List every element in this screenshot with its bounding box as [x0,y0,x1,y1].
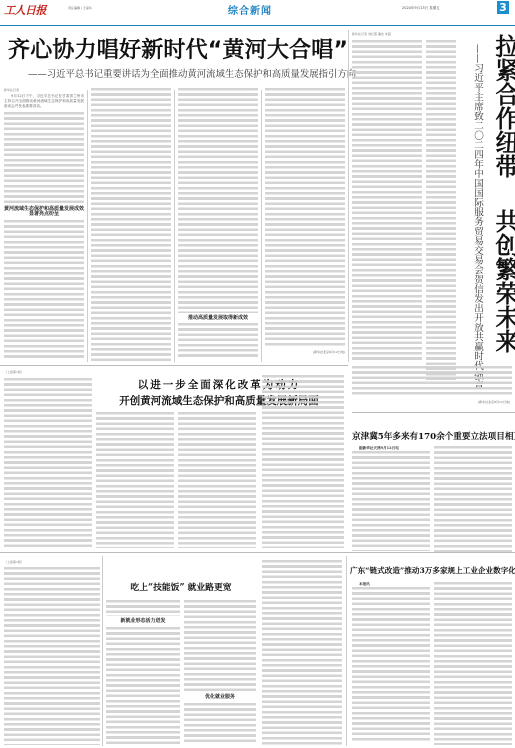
lead-column-1: 9月12日下午，习近平总书记在甘肃省兰州市主持召开全面推动黄河流域生态保护和高质… [4,94,84,362]
right-column-bottom [352,366,512,396]
jjj-column-2 [434,446,512,552]
section-title: 综合新闻 [228,2,272,17]
text-block [106,627,180,745]
text-block [4,112,84,204]
lead-headline[interactable]: 齐心协力唱好新时代“黄河大合唱” [8,33,348,64]
masthead-rule [0,25,515,26]
lead-credit: (新华社北京9月12日电) [265,350,345,355]
skills-subhead-2: 优化就业服务 [184,695,256,700]
page-number-badge: 3 [497,1,509,14]
text-block [4,220,84,360]
jjj-headline[interactable]: 京津冀5年多来有170余个重要立法项目相互征求意见 [352,430,512,442]
text-block [352,587,430,743]
text-block [4,567,100,745]
lead-subhead-1: 黄河流域生态保护和高质量发展成效显著亮点纷呈 [4,207,84,217]
column-divider [261,90,262,362]
bottom-left-tag: （上接第1版） [4,560,100,565]
column-divider [102,556,103,746]
lead-column-3b [178,323,258,357]
right-byline: 新华社记者 刘红霞 潘洁 朱超 [352,32,391,36]
skills-column-3 [262,560,342,745]
editor-credit: 责任编辑 / 王丽华 [68,6,92,10]
column-divider [346,556,347,746]
center-column-1 [4,378,92,548]
column-divider [348,30,349,362]
right-headline-line1: 拉紧合作纽带 [491,34,515,178]
lead-column-2 [91,88,171,362]
column-divider [174,90,175,362]
skills-column-1: 新就业形态活力迸发 [106,600,180,745]
skills-subhead-1: 新就业形态活力迸发 [106,619,180,624]
lead-subheadline: ——习近平总书记重要讲话为全面推动黄河流域生态保护和高质量发展指引方向 [28,66,356,80]
right-subheadline: ——习近平主席致二〇二四年中国国际服务贸易交易会贺信发出开放共赢时代强音 [470,44,484,274]
jjj-column-1: 据新华社天津9月12日电 [352,446,430,552]
lead-subhead-2: 推动高质量发展取得新成效 [178,316,258,321]
section-divider [0,365,348,366]
center-tag-wrap: （上接第1版） [4,370,84,375]
masthead: 工人日报 责任编辑 / 王丽华 综合新闻 2024年9月13日 星期五 3 [0,0,515,14]
lead-byline: 新华社记者 [4,88,19,92]
bottom-left-column: （上接第1版） [4,560,100,745]
text-block [352,451,430,551]
right-column-1 [352,40,422,362]
skills-column-2: 优化就业服务 [184,600,256,745]
center-column-4 [262,375,344,548]
section-divider [0,552,515,553]
gd-column-2 [434,582,512,745]
text-block [106,600,180,616]
right-headline-1[interactable]: 拉紧合作纽带 共创繁荣未来 [488,34,515,394]
skills-headline[interactable]: 吃上“技能饭” 就业路更宽 [106,580,256,593]
center-column-3 [178,412,256,548]
gd-column-1: 本报讯 [352,582,430,745]
lead-subhead-2-wrap: 推动高质量发展取得新成效 [178,313,258,321]
column-divider [87,90,88,362]
lead-column-3 [178,88,258,313]
newspaper-logo: 工人日报 [4,2,46,18]
text-block [184,600,256,692]
right-headline-line2: 共创繁荣未来 [491,209,515,353]
section-divider [352,412,515,413]
right-column-2 [426,40,456,380]
gd-headline[interactable]: 广东“链式改造”推动3万多家规上工业企业数字化转型 [350,565,513,576]
center-continue-tag: （上接第1版） [4,370,84,375]
text-block [184,703,256,743]
lead-column-4 [265,88,345,346]
center-column-2 [96,412,174,548]
lead-paragraph: 9月12日下午，习近平总书记在甘肃省兰州市主持召开全面推动黄河流域生态保护和高质… [4,94,84,110]
right-credit: (新华社北京9月12日电) [420,400,510,405]
issue-date: 2024年9月13日 星期五 [402,6,440,11]
